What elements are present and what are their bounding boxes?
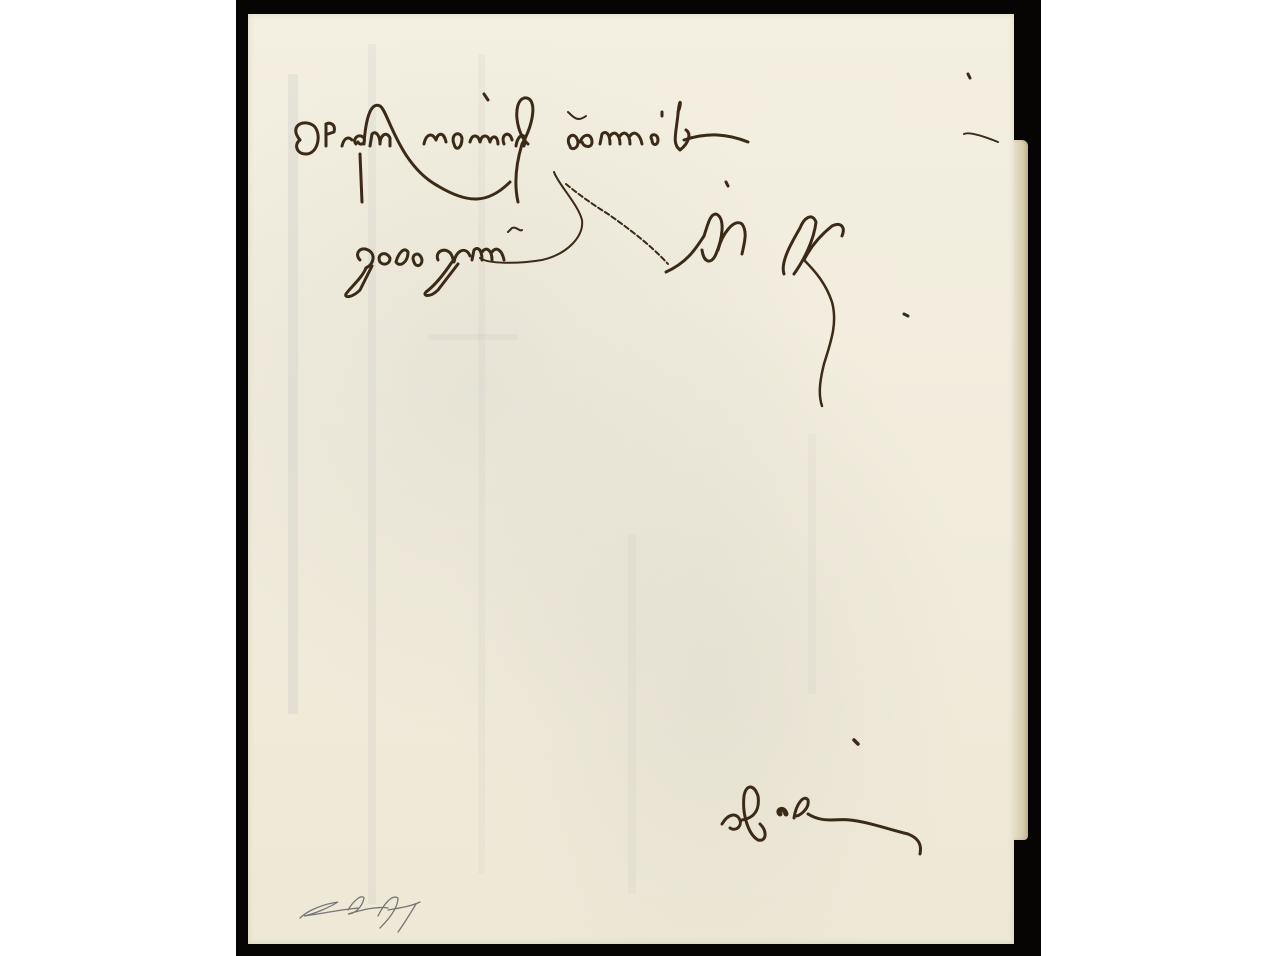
bleed-through-mark bbox=[628, 534, 636, 894]
bleed-through-mark bbox=[288, 74, 298, 714]
letter-sheet: O prent... magnif... do mmi i f... ...ob… bbox=[248, 14, 1014, 944]
bleed-through-mark bbox=[808, 434, 816, 694]
bleed-through-mark bbox=[368, 44, 376, 904]
photo-stage: O prent... magnif... do mmi i f... ...ob… bbox=[0, 0, 1276, 956]
bleed-through-mark bbox=[478, 54, 485, 874]
bleed-through-mark bbox=[428, 334, 518, 340]
